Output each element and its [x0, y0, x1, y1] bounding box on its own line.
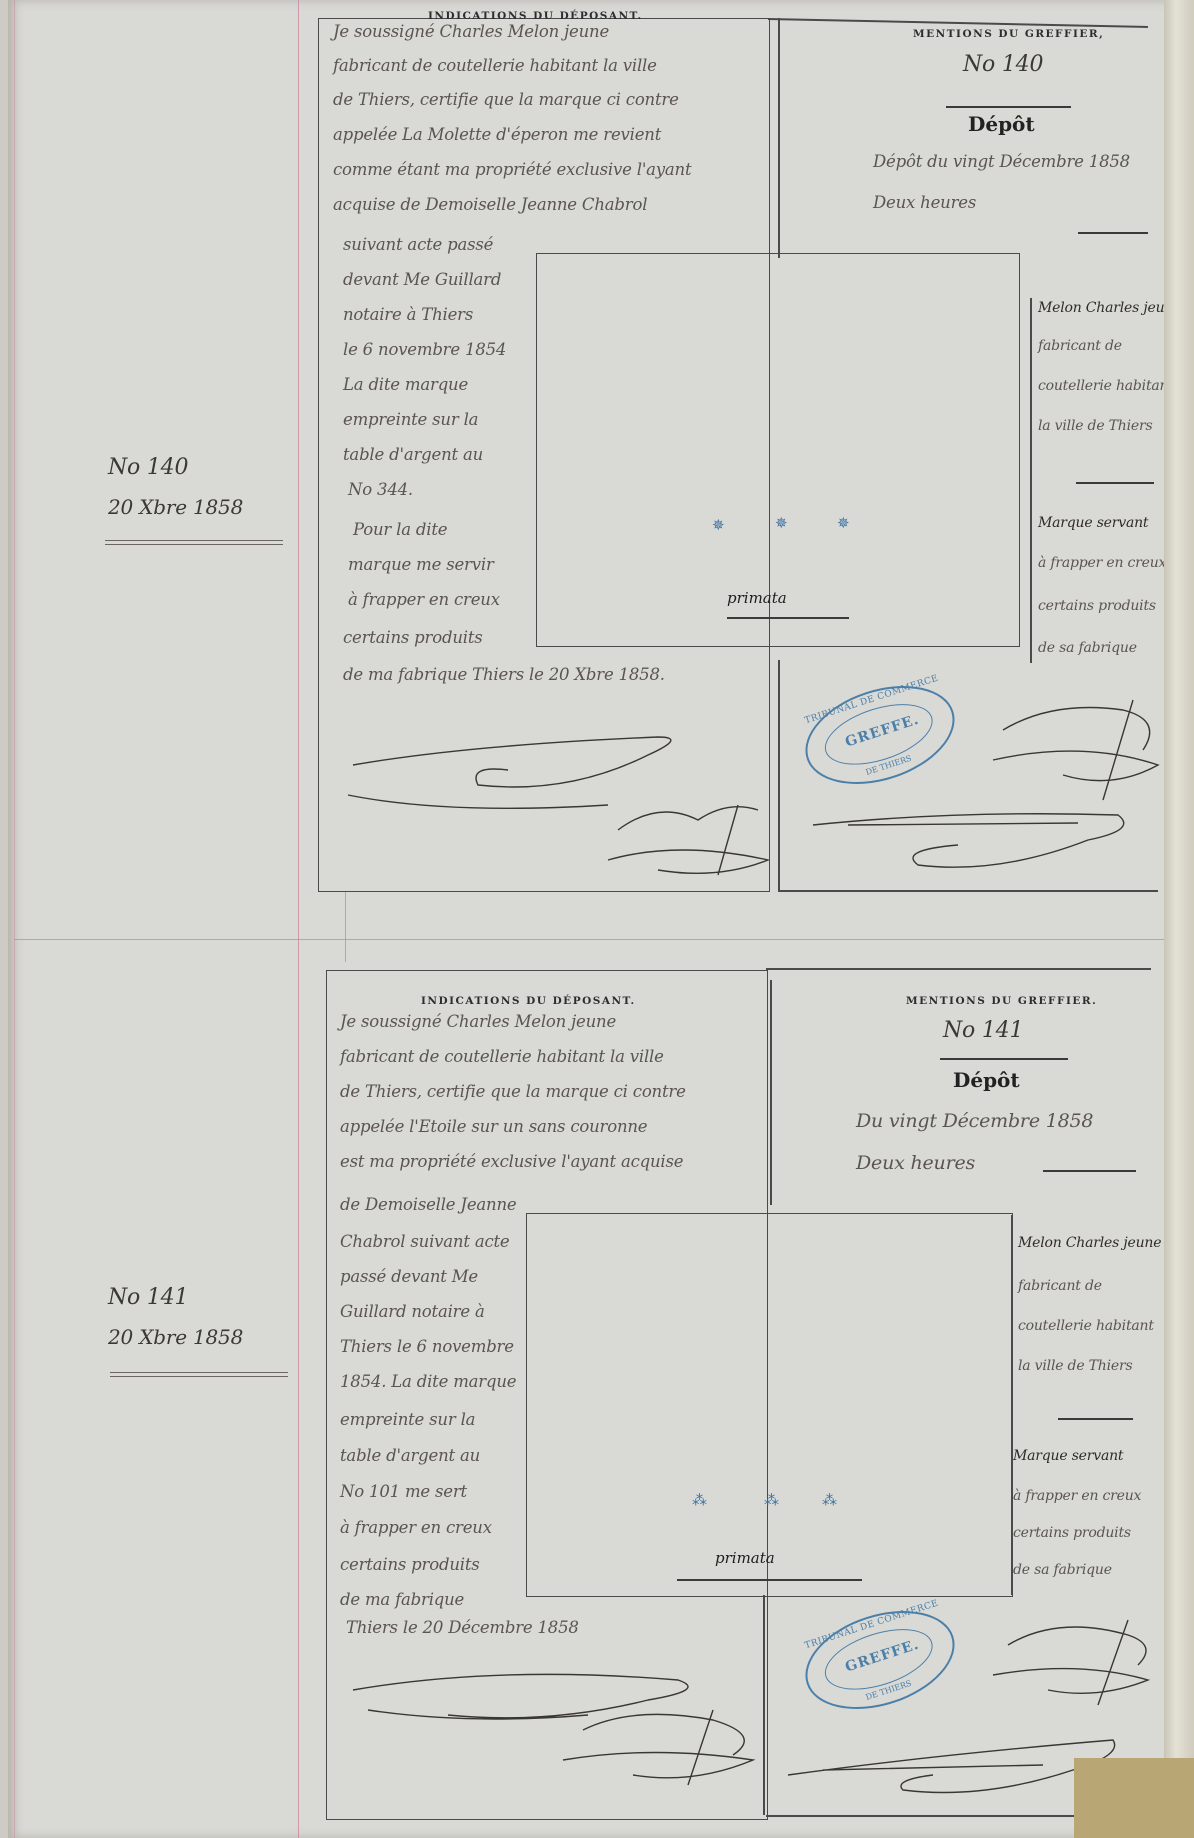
deposant-line: Je soussigné Charles Melon jeune — [340, 1012, 616, 1031]
mark-desc-line: de sa fabrique — [1013, 1562, 1112, 1578]
greffier-date: Dépôt du vingt Décembre 1858 — [873, 152, 1130, 171]
deposant-line: passé devant Me — [340, 1267, 478, 1286]
deposant-line: empreinte sur la — [343, 410, 478, 429]
signature-quiquandon-greffier — [988, 1610, 1158, 1715]
deposant-line: acquise de Demoiselle Jeanne Chabrol — [333, 195, 647, 214]
deposant-line: notaire à Thiers — [343, 305, 473, 324]
owner-line: la ville de Thiers — [1038, 418, 1152, 434]
greffier-top-line — [766, 968, 1151, 970]
mark-rowel-icon: ✵ — [837, 517, 850, 532]
margin-number: No 140 — [108, 455, 188, 480]
greffier-date: Du vingt Décembre 1858 — [856, 1110, 1093, 1132]
deposant-line: à frapper en creux — [348, 590, 500, 609]
deposant-line: comme étant ma propriété exclusive l'aya… — [333, 160, 691, 179]
margin-number: No 141 — [108, 1285, 188, 1310]
mark-impression-box: ⁂ ⁂ ⁂ primata — [526, 1213, 1013, 1597]
deposant-line: table d'argent au — [343, 445, 483, 464]
deposant-line: appelée l'Etoile sur un sans couronne — [340, 1117, 647, 1136]
mark-star-icon: ⁂ — [764, 1494, 779, 1509]
greffier-time: Deux heures — [873, 193, 976, 212]
deposant-line: Guillard notaire à — [340, 1302, 485, 1321]
desk-surface — [1074, 1758, 1194, 1838]
owner-line: Melon Charles jeune — [1018, 1235, 1161, 1251]
greffier-inner-divider — [1030, 298, 1032, 663]
deposant-line: fabricant de coutellerie habitant la vil… — [333, 56, 657, 75]
deposant-line: Chabrol suivant acte — [340, 1232, 510, 1251]
margin-double-underline — [110, 1372, 288, 1377]
signature-quiquandon — [598, 790, 778, 885]
deposant-line: certains produits — [343, 628, 483, 647]
deposant-line: de Demoiselle Jeanne — [340, 1195, 516, 1214]
deposant-line: La dite marque — [343, 375, 468, 394]
greffier-title: Dépôt — [953, 1068, 1020, 1092]
deposant-line: devant Me Guillard — [343, 270, 501, 289]
deposant-line: Pour la dite — [353, 520, 447, 539]
deposant-line: certains produits — [340, 1555, 480, 1574]
column-divider-top — [770, 980, 772, 1205]
deposant-line: No 344. — [348, 480, 413, 499]
owner-line: coutellerie habitant — [1038, 378, 1174, 394]
mark-desc-line: certains produits — [1038, 598, 1156, 614]
register-page: No 140 20 Xbre 1858 INDICATIONS DU DÉPOS… — [8, 0, 1168, 1838]
mark-desc-line: de sa fabrique — [1038, 640, 1137, 656]
margin-date: 20 Xbre 1858 — [108, 495, 243, 519]
signature-quiquandon-greffier — [993, 690, 1163, 805]
greffier-number: No 140 — [963, 52, 1043, 77]
deposant-line: Thiers le 6 novembre — [340, 1337, 514, 1356]
mark-label-underline — [727, 617, 849, 619]
column-divider-bottom — [778, 660, 780, 892]
deposant-heading: INDICATIONS DU DÉPOSANT. — [421, 995, 636, 1007]
greffier-heading: MENTIONS DU GREFFIER. — [906, 995, 1097, 1007]
greffe-stamp: TRIBUNAL DE COMMERCE GREFFE. DE THIERS — [793, 1593, 967, 1726]
deposant-line: 1854. La dite marque — [340, 1372, 516, 1391]
greffier-time: Deux heures — [856, 1152, 975, 1174]
greffier-rule — [1043, 1170, 1136, 1172]
greffier-bottom-line — [778, 890, 1158, 892]
greffier-title: Dépôt — [968, 112, 1035, 136]
greffier-number-underline — [946, 106, 1071, 108]
owner-line: Melon Charles jeune — [1038, 300, 1181, 316]
deposant-line: de ma fabrique Thiers le 20 Xbre 1858. — [343, 665, 665, 684]
greffier-heading: MENTIONS DU GREFFIER, — [913, 28, 1104, 40]
deposant-line: Je soussigné Charles Melon jeune — [333, 22, 609, 41]
margin-double-underline — [105, 540, 283, 545]
owner-line: coutellerie habitant — [1018, 1318, 1154, 1334]
deposant-line: est ma propriété exclusive l'ayant acqui… — [340, 1152, 683, 1171]
deposant-line: empreinte sur la — [340, 1410, 475, 1429]
deposant-line: de Thiers, certifie que la marque ci con… — [340, 1082, 686, 1101]
deposant-line: fabricant de coutellerie habitant la vil… — [340, 1047, 664, 1066]
mark-label: primata — [727, 589, 787, 607]
mark-desc-line: à frapper en creux — [1013, 1488, 1141, 1504]
mark-rowel-icon: ✵ — [712, 519, 725, 534]
mark-label: primata — [715, 1549, 775, 1567]
signature-quiquandon — [553, 1700, 773, 1795]
deposant-line: de Thiers, certifie que la marque ci con… — [333, 90, 679, 109]
deposant-line: de ma fabrique — [340, 1590, 464, 1609]
mark-star-icon: ⁂ — [692, 1494, 707, 1509]
deposant-line: No 101 me sert — [340, 1482, 467, 1501]
signature-melon-greffier — [808, 795, 1138, 890]
margin-rule-edge — [14, 0, 15, 1838]
greffier-bottom-line — [766, 1815, 1116, 1817]
greffier-rule — [1058, 1418, 1133, 1420]
greffier-rule — [1076, 482, 1154, 484]
mark-star-icon: ⁂ — [822, 1494, 837, 1509]
mark-label-underline — [677, 1579, 862, 1581]
greffier-top-line — [768, 18, 1148, 27]
mark-desc-line: Marque servant — [1038, 515, 1148, 531]
deposant-line: marque me servir — [348, 555, 494, 574]
margin-rule-vertical — [298, 0, 299, 1838]
margin-date: 20 Xbre 1858 — [108, 1325, 243, 1349]
owner-line: la ville de Thiers — [1018, 1358, 1132, 1374]
greffier-number: No 141 — [943, 1018, 1023, 1043]
mark-rowel-icon: ✵ — [775, 517, 788, 532]
page-edge — [1164, 0, 1194, 1838]
deposant-line: appelée La Molette d'éperon me revient — [333, 125, 661, 144]
deposant-line: Thiers le 20 Décembre 1858 — [346, 1618, 579, 1637]
owner-line: fabricant de — [1018, 1278, 1102, 1294]
greffier-number-underline — [940, 1058, 1068, 1060]
mark-desc-line: Marque servant — [1013, 1448, 1123, 1464]
record-connector-rule — [345, 892, 346, 962]
signature-melon-greffier — [783, 1725, 1123, 1810]
greffier-rule — [1078, 232, 1148, 234]
deposant-line: à frapper en creux — [340, 1518, 492, 1537]
greffe-stamp: TRIBUNAL DE COMMERCE GREFFE. DE THIERS — [793, 668, 967, 801]
owner-line: fabricant de — [1038, 338, 1122, 354]
deposant-line: table d'argent au — [340, 1446, 480, 1465]
deposant-heading: INDICATIONS DU DÉPOSANT. — [428, 10, 643, 22]
mark-desc-line: certains produits — [1013, 1525, 1131, 1541]
record-separator-rule — [14, 939, 1164, 940]
deposant-line: suivant acte passé — [343, 235, 493, 254]
column-divider-top — [778, 18, 780, 258]
deposant-line: le 6 novembre 1854 — [343, 340, 506, 359]
mark-impression-box: ✵ ✵ ✵ primata — [536, 253, 1020, 647]
mark-desc-line: à frapper en creux — [1038, 555, 1166, 571]
